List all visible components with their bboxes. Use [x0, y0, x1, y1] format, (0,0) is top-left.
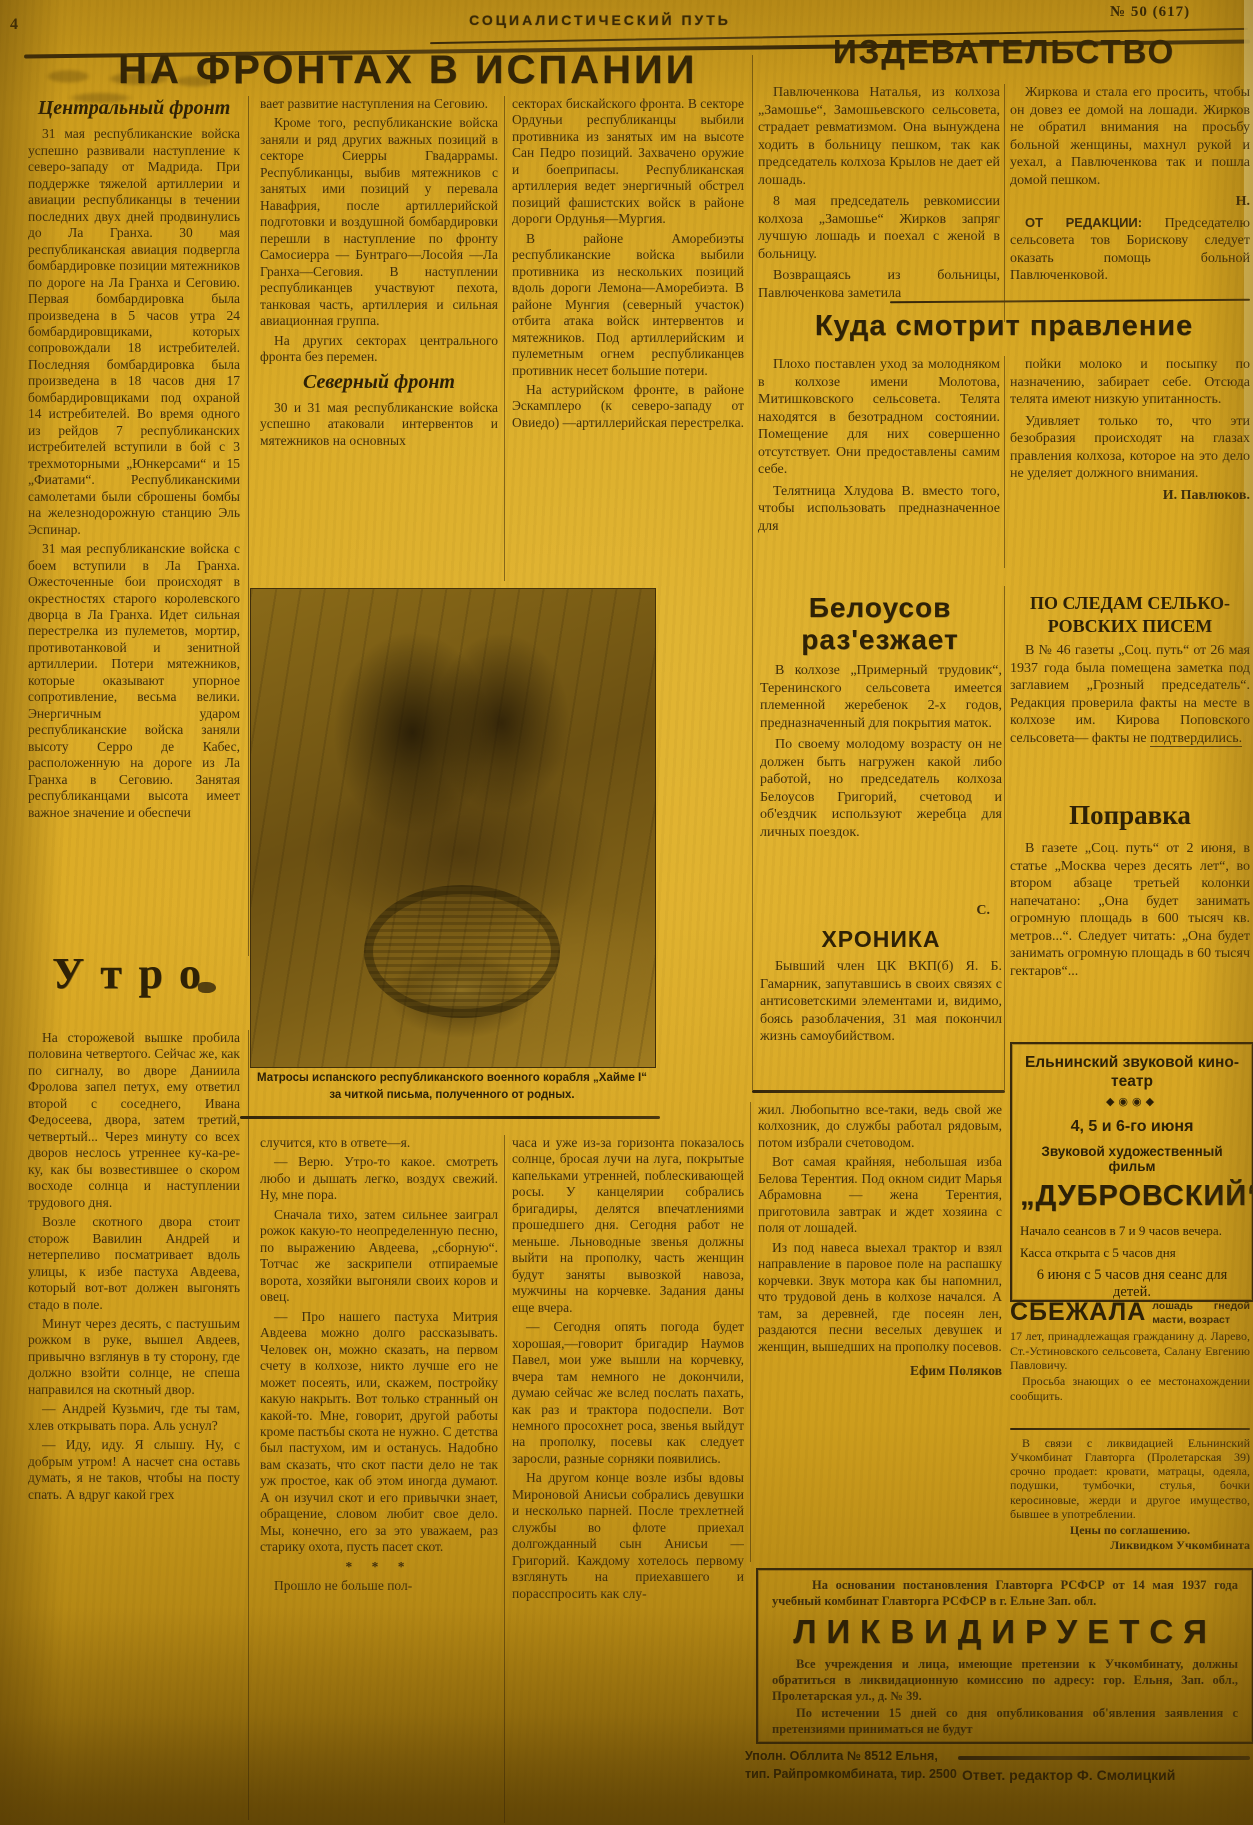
sbezhala-word: СБЕЖАЛА: [1010, 1300, 1146, 1325]
cinema-box-office: Касса открыта с 5 часов дня: [1020, 1245, 1244, 1261]
article-paragraph: 31 мая республиканские войска с боем вст…: [28, 541, 240, 821]
izdevatelstvo-column-a: Павлюченкова Наталья, из колхоза „Замошь…: [758, 84, 1000, 328]
article-paragraph: Прошло не больше пол-: [260, 1578, 498, 1594]
article-paragraph: — Сегодня опять погода будет хорошая,—го…: [512, 1319, 744, 1467]
izdevatelstvo-headline: ИЗДЕВАТЕЛЬСТВО: [758, 33, 1250, 71]
posledam-body: В № 46 газеты „Соц. путь“ от 26 мая 1937…: [1010, 642, 1250, 794]
column-divider: [504, 1135, 505, 1823]
posledam-headline-line1: ПО СЛЕДАМ СЕЛЬКО-: [1010, 592, 1250, 615]
utro-column-1: На сторожевой вышке пробила половина чет…: [28, 1030, 240, 1818]
sbezhala-ad: СБЕЖАЛА лошадь гнедой масти, возраст 17 …: [1010, 1300, 1250, 1417]
posledam-headline: ПО СЛЕДАМ СЕЛЬКО- РОВСКИХ ПИСЕМ: [1010, 592, 1250, 637]
spain-column-2: вает развитие наступления на Сеговию. Кр…: [260, 96, 498, 586]
article-paragraph: Павлюченкова Наталья, из колхоза „Замошь…: [758, 84, 1000, 189]
ad-paragraph: Просьба знающих о ее местонахождении соо…: [1010, 1374, 1250, 1403]
kuda-headline: Куда смотрит правление: [758, 310, 1250, 343]
article-paragraph: На другом конце возле избы вдовы Миронов…: [512, 1470, 744, 1602]
imprint: Уполн. Обллита № 8512 Ельня, тип. Райпро…: [745, 1748, 965, 1783]
column-divider: [1004, 356, 1005, 568]
article-paragraph: случится, кто в ответе—я.: [260, 1135, 498, 1151]
photo-caption-line: за читкой письма, полученного от родных.: [246, 1087, 658, 1104]
imprint-line: тип. Райпромкомбината, тир. 2500: [745, 1766, 965, 1784]
cinema-kind: Звуковой художественный фильм: [1020, 1144, 1244, 1174]
likvidacia-notice: На основании постановления Главторга РСФ…: [756, 1568, 1253, 1744]
sbezhala-lead: лошадь гнедой масти, возраст: [1152, 1300, 1250, 1327]
newspaper-page: 4 СОЦИАЛИСТИЧЕСКИЙ ПУТЬ № 50 (617) НА ФР…: [0, 0, 1253, 1825]
article-signature: Н.: [1010, 193, 1250, 211]
article-paragraph: Сначала тихо, затем сильнее заиграл рожо…: [260, 1207, 498, 1306]
article-paragraph: пойки молоко и посыпку по назначению, за…: [1010, 356, 1250, 409]
article-paragraph: Возвращаясь из больницы, Павлюченкова за…: [758, 267, 1000, 302]
belousov-headline-line2: раз'езжает: [760, 624, 1000, 656]
likvidacia-title: ЛИКВИДИРУЕТСЯ: [772, 1613, 1238, 1651]
column-divider: [1004, 84, 1005, 322]
utro-signature: Ефим Поляков: [758, 1363, 1002, 1379]
popravka-headline: Поправка: [1010, 800, 1250, 831]
editor-note: ОТ РЕДАКЦИИ: Председателю сельсовета тов…: [1010, 215, 1250, 285]
page-number: 4: [10, 16, 18, 34]
ornament-icon: ◆◉◉◆: [1020, 1095, 1244, 1108]
column-divider: [248, 96, 249, 956]
likvidacia-body2: По истечении 15 дней со дня опубликовани…: [772, 1706, 1238, 1737]
likvidacia-signature: ликвидком.: [772, 1739, 1238, 1744]
editor-note-lead: ОТ РЕДАКЦИИ:: [1025, 215, 1142, 230]
article-paragraph: По своему молодому возрасту он не должен…: [760, 736, 1002, 841]
article-paragraph: — Про нашего пастуха Митрия Авдеева можн…: [260, 1309, 498, 1556]
spain-subhead-north: Северный фронт: [260, 370, 498, 394]
article-paragraph: вает развитие наступления на Сеговию.: [260, 96, 498, 112]
hronika-body: Бывший член ЦК ВКП(б) Я. Б. Гамарник, за…: [760, 958, 1002, 1086]
belousov-headline: Белоусов раз'езжает: [760, 592, 1000, 656]
article-signature: И. Павлюков.: [1010, 487, 1250, 505]
cinema-dates: 4, 5 и 6-го июня: [1020, 1118, 1244, 1136]
article-paragraph: Бывший член ЦК ВКП(б) Я. Б. Гамарник, за…: [760, 958, 1002, 1046]
cinema-sessions: Начало сеансов в 7 и 9 часов вечера.: [1020, 1223, 1244, 1239]
sbezhala-body: 17 лет, принадлежащая гражданину д. Ларе…: [1010, 1329, 1250, 1417]
article-paragraph: 31 мая республиканские войска успешно ра…: [28, 126, 240, 538]
likvidacia-intro: На основании постановления Главторга РСФ…: [772, 1578, 1238, 1609]
izdevatelstvo-column-b: Жиркова и стала его просить, чтобы он до…: [1010, 84, 1250, 326]
kuda-column-a: Плохо поставлен уход за молодняком в кол…: [758, 356, 1000, 582]
article-paragraph: 8 мая председатель ревкомиссии колхоза „…: [758, 193, 1000, 263]
article-paragraph: Минут через десять, с пастушьим рожком в…: [28, 1316, 240, 1398]
article-paragraph: Плохо поставлен уход за молодняком в кол…: [758, 356, 1000, 479]
article-paragraph: — Иду, иду. Я слышу. Ну, с добрым утром!…: [28, 1437, 240, 1503]
sbezhala-header: СБЕЖАЛА лошадь гнедой масти, возраст: [1010, 1300, 1250, 1327]
posledam-underlined: подтвердились.: [1150, 731, 1242, 747]
article-paragraph: 30 и 31 мая республиканские войска успеш…: [260, 400, 498, 449]
issue-number: № 50 (617): [1110, 4, 1190, 21]
section-rule: [1010, 1428, 1250, 1430]
article-paragraph: Вот самая крайняя, небольшая изба Белова…: [758, 1154, 1002, 1236]
cinema-venue: Ельнинский звуковой кино-театр: [1020, 1054, 1244, 1091]
spain-column-1: Центральный фронт 31 мая республиканские…: [28, 96, 240, 951]
article-paragraph: — Андрей Кузьмич, где ты там, хлев откры…: [28, 1401, 240, 1434]
masthead-title: СОЦИАЛИСТИЧЕСКИЙ ПУТЬ: [430, 12, 770, 28]
column-divider: [750, 1102, 751, 1562]
belousov-signature: С.: [760, 902, 990, 920]
article-paragraph: На астурийском фронте, в районе Эскампле…: [512, 382, 744, 431]
utro-column-2: случится, кто в ответе—я. — Верю. Утро-т…: [260, 1135, 498, 1820]
kuda-column-b: пойки молоко и посыпку по назначению, за…: [1010, 356, 1250, 586]
hronika-headline: ХРОНИКА: [760, 926, 1002, 953]
utro-column-4: жил. Любопытно все-таки, ведь свой же ко…: [758, 1102, 1002, 1554]
cinema-film-title: „ДУБРОВСКИЙ“: [1020, 1180, 1244, 1213]
article-paragraph: Жиркова и стала его просить, чтобы он до…: [1010, 84, 1250, 189]
article-paragraph: — Верю. Утро-то какое. смотреть любо и д…: [260, 1154, 498, 1203]
cinema-ad: Ельнинский звуковой кино-театр ◆◉◉◆ 4, 5…: [1010, 1042, 1253, 1302]
article-paragraph: часа и уже из-за горизонта показалось со…: [512, 1135, 744, 1316]
article-paragraph: В колхозе „Примерный трудовик“, Теренинс…: [760, 662, 1002, 732]
spain-subhead-central: Центральный фронт: [28, 96, 240, 120]
posledam-headline-line2: РОВСКИХ ПИСЕМ: [1010, 615, 1250, 638]
article-paragraph: На других секторах центрального фронта б…: [260, 333, 498, 366]
utro-title: Утро: [52, 948, 217, 999]
photo-caption: Матросы испанского республиканского воен…: [246, 1070, 658, 1103]
popravka-body: В газете „Соц. путь“ от 2 июня, в статье…: [1010, 840, 1250, 1036]
main-column-divider: [752, 55, 753, 1090]
utro-column-3: часа и уже из-за горизонта показалось со…: [512, 1135, 744, 1823]
ad-paragraph: 17 лет, принадлежащая гражданину д. Ларе…: [1010, 1329, 1250, 1372]
belousov-headline-line1: Белоусов: [760, 592, 1000, 624]
section-separator: * * *: [260, 1559, 498, 1575]
column-divider: [504, 96, 505, 581]
column-divider: [248, 1030, 249, 1820]
section-rule: [240, 1116, 660, 1119]
spain-headline: НА ФРОНТАХ В ИСПАНИИ: [118, 48, 697, 93]
photo-caption-line: Матросы испанского республиканского воен…: [246, 1070, 658, 1087]
cinema-children: 6 июня с 5 часов дня сеанс для детей.: [1020, 1267, 1244, 1301]
article-paragraph: На сторожевой вышке пробила половина чет…: [28, 1030, 240, 1211]
ad-paragraph: В связи с ликвидацией Ельнинский Учкомби…: [1010, 1436, 1250, 1521]
sailors-photo: [250, 588, 656, 1068]
uchkombinat-ad: В связи с ликвидацией Ельнинский Учкомби…: [1010, 1436, 1250, 1562]
article-paragraph: В № 46 газеты „Соц. путь“ от 26 мая 1937…: [1010, 642, 1250, 747]
imprint-line: Уполн. Обллита № 8512 Ельня,: [745, 1748, 965, 1766]
section-rule: [958, 1756, 1250, 1760]
spain-column-3: секторах бискайского фронта. В секторе О…: [512, 96, 744, 601]
column-divider: [1004, 586, 1005, 1090]
article-paragraph: Телятница Хлудова В. вместо того, чтобы …: [758, 483, 1000, 536]
article-paragraph: секторах бискайского фронта. В секторе О…: [512, 96, 744, 228]
article-paragraph: В газете „Соц. путь“ от 2 июня, в статье…: [1010, 840, 1250, 980]
ad-signature: Ликвидком Учкомбината: [1010, 1538, 1250, 1552]
article-paragraph: Удивляет только то, что эти безобразия п…: [1010, 413, 1250, 483]
section-rule: [752, 1090, 1005, 1093]
article-paragraph: Из под навеса выехал трактор и взял напр…: [758, 1240, 1002, 1355]
article-paragraph: Кроме того, республиканские войска занял…: [260, 115, 498, 329]
belousov-body: В колхозе „Примерный трудовик“, Теренинс…: [760, 662, 1002, 900]
article-paragraph: В районе Аморебиэты республиканские войс…: [512, 231, 744, 379]
article-paragraph: жил. Любопытно все-таки, ведь свой же ко…: [758, 1102, 1002, 1151]
editor-credit: Ответ. редактор Ф. Смолицкий: [962, 1766, 1252, 1786]
article-paragraph: Возле скотного двора стоит сторож Вавили…: [28, 1214, 240, 1313]
ad-prices: Цены по соглашению.: [1010, 1523, 1250, 1537]
likvidacia-body: Все учреждения и лица, имеющие претензии…: [772, 1657, 1238, 1704]
